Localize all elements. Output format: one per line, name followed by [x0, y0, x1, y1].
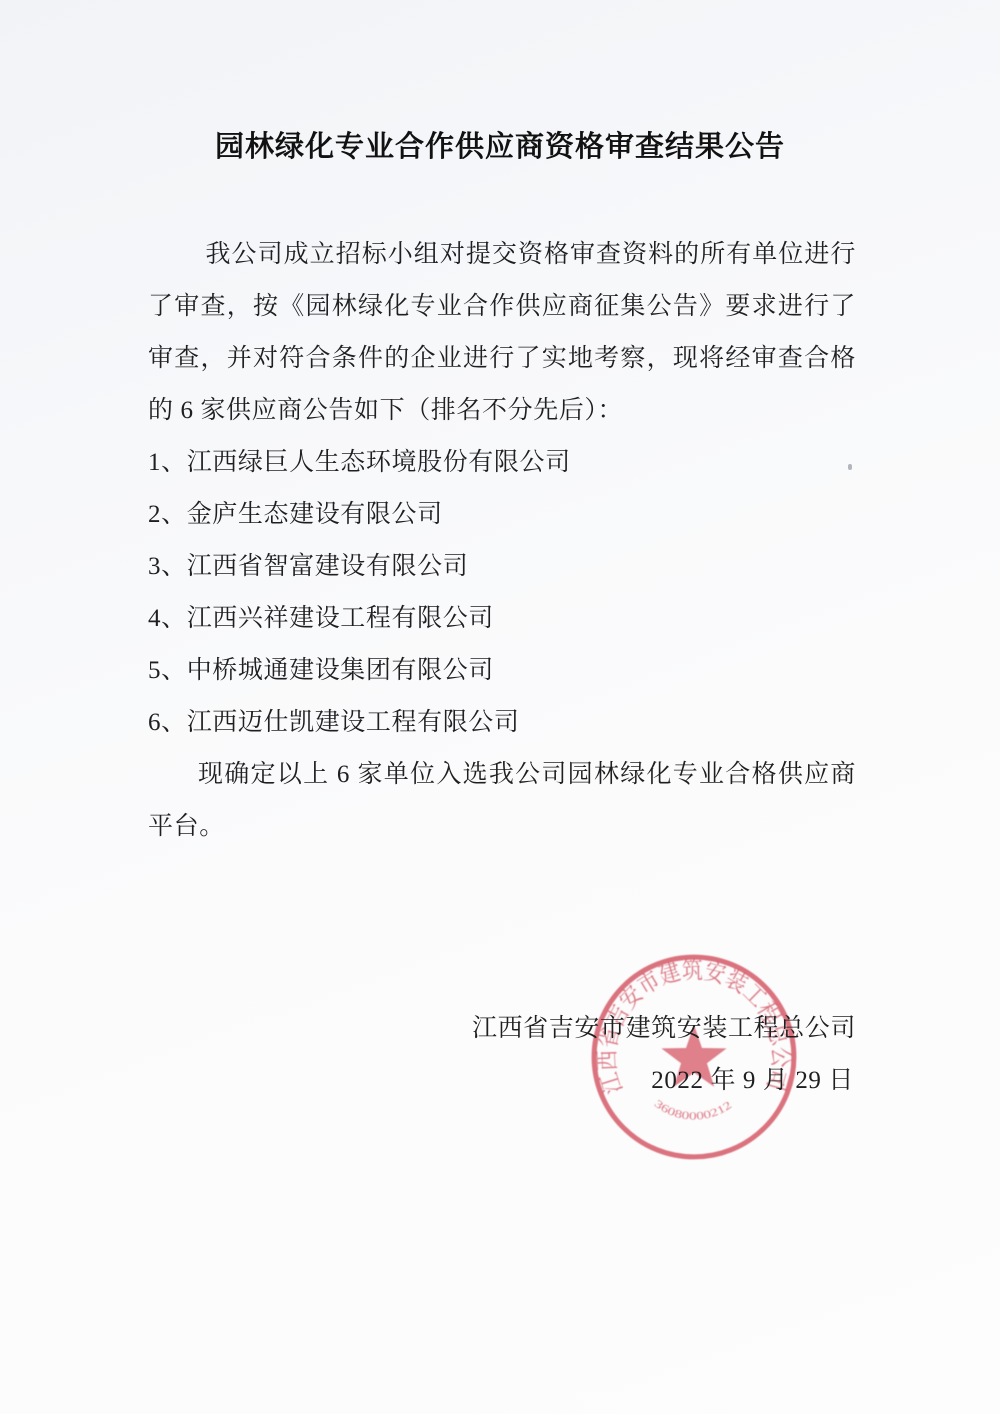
document-body: 我公司成立招标小组对提交资格审查资料的所有单位进行了审查，按《园林绿化专业合作供…: [148, 229, 856, 853]
supplier-item: 2、金庐生态建设有限公司: [148, 489, 856, 541]
signature-date: 2022 年 9 月 29 日: [148, 1055, 856, 1107]
signature-company: 江西省吉安市建筑安装工程总公司: [148, 1003, 856, 1055]
supplier-item: 3、江西省智富建设有限公司: [148, 541, 856, 593]
supplier-item: 5、中桥城通建设集团有限公司: [148, 645, 856, 697]
scan-speck: [848, 464, 852, 470]
supplier-item: 1、江西绿巨人生态环境股份有限公司: [148, 437, 856, 489]
closing-paragraph: 现确定以上 6 家单位入选我公司园林绿化专业合格供应商平台。: [148, 749, 856, 853]
supplier-item: 6、江西迈仕凯建设工程有限公司: [148, 697, 856, 749]
scanned-document-page: 园林绿化专业合作供应商资格审查结果公告 我公司成立招标小组对提交资格审查资料的所…: [0, 0, 1000, 1414]
supplier-list: 1、江西绿巨人生态环境股份有限公司 2、金庐生态建设有限公司 3、江西省智富建设…: [148, 437, 856, 749]
document-title: 园林绿化专业合作供应商资格审查结果公告: [0, 0, 1000, 165]
intro-paragraph: 我公司成立招标小组对提交资格审查资料的所有单位进行了审查，按《园林绿化专业合作供…: [148, 229, 856, 437]
signature-block: 江西省吉安市建筑安装工程总公司 2022 年 9 月 29 日: [148, 1003, 856, 1107]
supplier-item: 4、江西兴祥建设工程有限公司: [148, 593, 856, 645]
